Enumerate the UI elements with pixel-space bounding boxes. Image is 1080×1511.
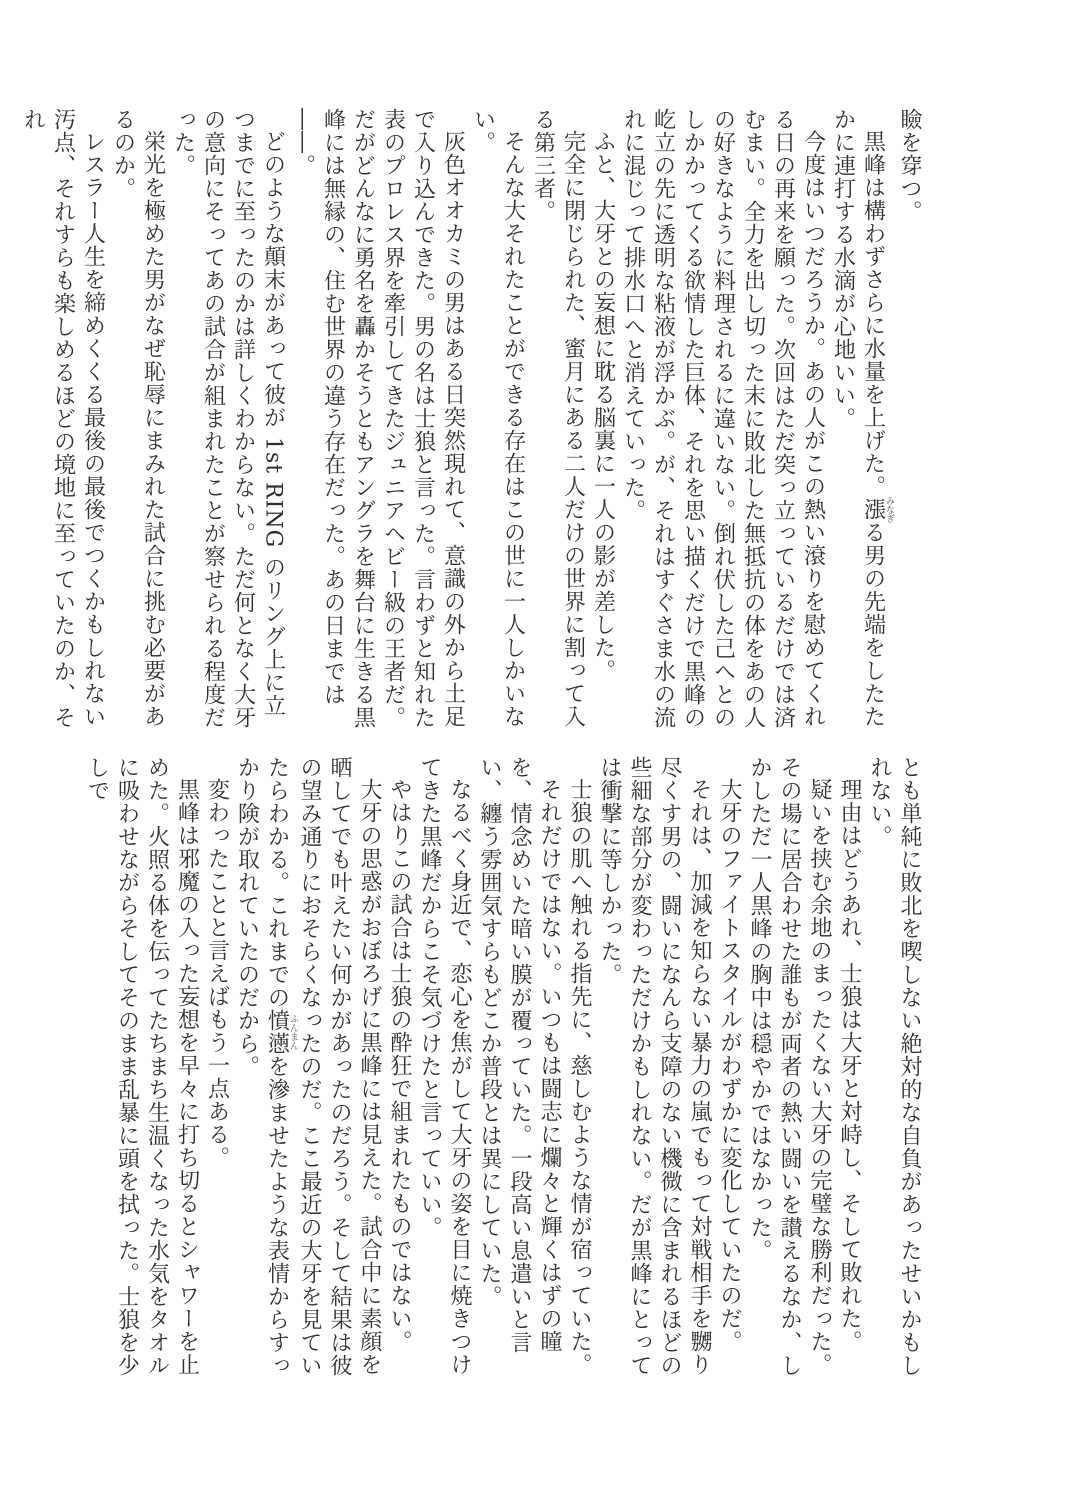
paragraph: 瞼を穿つ。 xyxy=(894,108,924,735)
paragraph: 灰色オオカミの男はある日突然現れて、意識の外から土足で入り込んできた。男の名は士… xyxy=(288,108,468,735)
paragraph: 栄光を極めた男がなぜ恥辱にまみれた試合に挑む必要があるのか。 xyxy=(108,108,168,735)
paragraph: 士狼の肌へ触れる指先に、慈しむような情が宿っていた。 xyxy=(564,756,594,1383)
paragraph: やはりこの試合は士狼の酔狂で組まれたものではない。 xyxy=(384,756,414,1383)
novel-page: 瞼を穿つ。黒峰は構わずさらに水量を上げた。漲みなぎる男の先端をしたたかに連打する… xyxy=(0,0,1080,1511)
paragraph: 大牙の思惑がおぼろげに黒峰には見えた。試合中に素顔を晒してでも叶えたい何かがあっ… xyxy=(232,756,385,1383)
paragraph: とも単純に敗北を喫しない絶対的な自負があったせいかもしれない。 xyxy=(864,756,924,1383)
paragraph: 疑いを挟む余地のまったくない大牙の完璧な勝利だった。その場に居合わせた誰もが両者… xyxy=(744,756,834,1383)
paragraph: それは、加減を知らない暴力の嵐でもって対戦相手を嬲り尽くす男の、闘いになんら支障… xyxy=(594,756,714,1383)
paragraph: ふと、大牙との妄想に耽る脳裏に一人の影が差した。 xyxy=(588,108,618,735)
paragraph: 理由はどうあれ、士狼は大牙と対峙し、そして敗れた。 xyxy=(834,756,864,1383)
ruby-annotation: 憤懣ふんまん xyxy=(265,1009,290,1055)
paragraph: 完全に閉じられた、蜜月にある二人だけの世界に割って入る第三者。 xyxy=(528,108,588,735)
lower-text-block: とも単純に敗北を喫しない絶対的な自負があったせいかもしれない。理由はどうあれ、士… xyxy=(110,756,924,1383)
paragraph: 今度はいつだろうか。あの人がこの熱い滾りを慰めてくれる日の再来を願った。次回はた… xyxy=(618,108,828,735)
paragraph: そんな大それたことができる存在はこの世に一人しかいない。 xyxy=(468,108,528,735)
paragraph: 黒峰は邪魔の入った妄想を早々に打ち切るとシャワーを止めた。火照る体を伝ってたちま… xyxy=(82,756,202,1383)
paragraph: 黒峰は構わずさらに水量を上げた。漲みなぎる男の先端をしたたかに連打する水滴が心地… xyxy=(828,108,895,735)
paragraph: 変わったことと言えばもう一点ある。 xyxy=(202,756,232,1383)
upper-text-block: 瞼を穿つ。黒峰は構わずさらに水量を上げた。漲みなぎる男の先端をしたたかに連打する… xyxy=(110,108,924,735)
paragraph: それだけではない。いつもは闘志に爛々と輝くはずの瞳を、情念めいた暗い膜が覆ってい… xyxy=(474,756,564,1383)
paragraph: 大牙のファイトスタイルがわずかに変化していたのだ。 xyxy=(714,756,744,1383)
paragraph: レスラー人生を締めくくる最後の最後でつくかもしれない汚点、それすらも楽しめるほど… xyxy=(18,108,108,735)
ruby-annotation: 漲みなぎ xyxy=(861,498,886,521)
paragraph: どのような顛末があって彼が 1st RING のリング上に立つまでに至ったのかは… xyxy=(168,108,288,735)
paragraph: なるべく身近で、恋心を焦がして大牙の姿を目に焼きつけてきた黒峰だからこそ気づけた… xyxy=(414,756,474,1383)
